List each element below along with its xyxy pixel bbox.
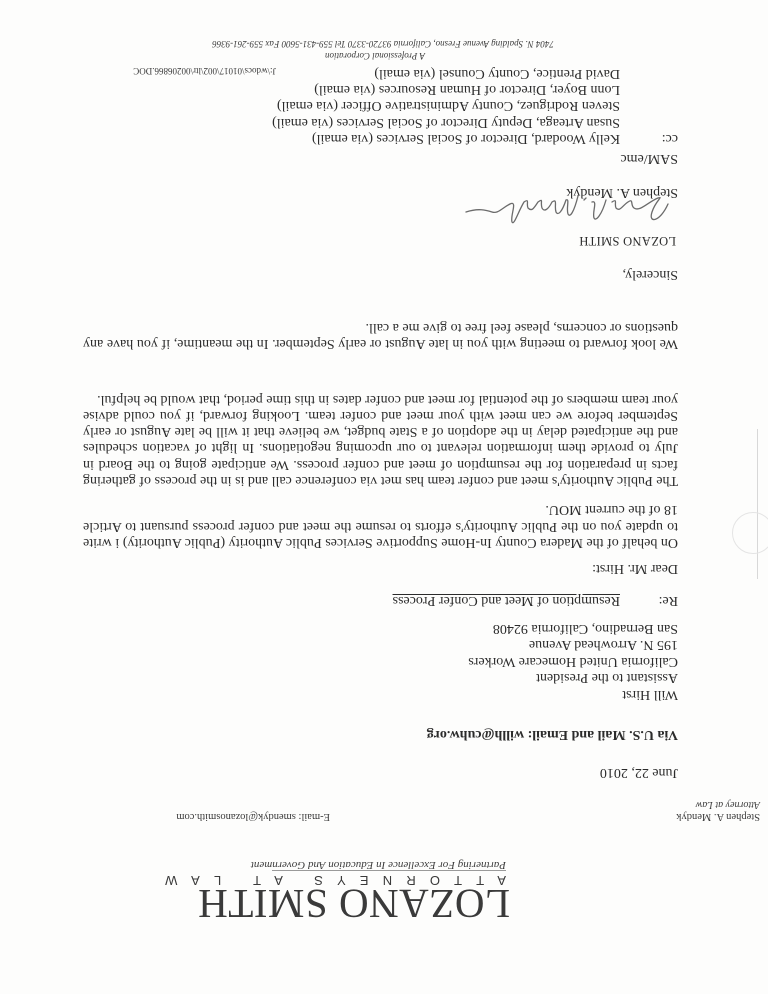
subject-line: Resumption of Meet and Confer Process xyxy=(393,592,620,608)
scan-hole-punch-mark xyxy=(732,512,768,554)
author-email: E-mail: smendyk@lozanosmith.com xyxy=(176,811,330,822)
cc-recipient: David Prentice, County Counsel (via emai… xyxy=(272,65,620,81)
scan-margin-mark xyxy=(757,429,758,579)
cc-recipient: Lonn Boyer, Director of Human Resources … xyxy=(272,81,620,97)
typist-initials: SAM/emc xyxy=(620,150,678,166)
body-paragraph-1: On behalf of the Madera County In-Home S… xyxy=(83,501,678,550)
subject-label: Re: xyxy=(659,592,678,608)
body-paragraph-3: We look forward to meeting with you in l… xyxy=(83,318,678,351)
salutation: Dear Mr. Hirst: xyxy=(592,560,678,576)
recipient-name: Will Hirst xyxy=(468,686,678,703)
recipient-address: Will Hirst Assistant to the President Ca… xyxy=(468,620,678,703)
letter-date: June 22, 2010 xyxy=(600,764,678,780)
firm-tagline: Partnering For Excellence In Education A… xyxy=(266,859,506,871)
closing: Sincerely, xyxy=(623,266,678,282)
recipient-title: Assistant to the President xyxy=(468,669,678,686)
cc-recipient: Kelly Woodard, Director of Social Servic… xyxy=(272,130,620,146)
cc-label: cc: xyxy=(662,130,678,146)
signer-name: Stephen A. Mendyk xyxy=(566,184,678,200)
recipient-city: San Bernadino, California 92408 xyxy=(468,620,678,637)
recipient-street: 195 N. Arrowhead Avenue xyxy=(468,636,678,653)
author-name: Stephen A. Mendyk xyxy=(676,811,760,822)
recipient-organization: California United Homecare Workers xyxy=(468,653,678,670)
footer-address: 7404 N. Spalding Avenue Fresno, Californ… xyxy=(198,39,568,49)
author-title: Attorney at Law xyxy=(696,799,760,810)
footer-corporation: A Professional Corporation xyxy=(240,51,510,61)
cc-recipient: Susan Arteaga, Deputy Director of Social… xyxy=(272,113,620,129)
scanned-letter-page: LOZANO SMITH ATTORNEYS AT LAW Partnering… xyxy=(0,0,768,994)
body-paragraph-2: The Public Authority's meet and confer t… xyxy=(83,390,678,488)
delivery-method: Via U.S. Mail and Email: willh@cuhw.org xyxy=(427,726,678,742)
cc-recipient: Steven Rodriguez, County Administrative … xyxy=(272,97,620,113)
document-file-path: J:\wdocs\01017\002\ltr\00206866.DOC xyxy=(133,66,276,76)
firm-logo-name: LOZANO SMITH xyxy=(270,882,510,926)
firm-logo-subtitle: ATTORNEYS AT LAW xyxy=(270,873,506,888)
cc-list: Kelly Woodard, Director of Social Servic… xyxy=(272,65,620,146)
